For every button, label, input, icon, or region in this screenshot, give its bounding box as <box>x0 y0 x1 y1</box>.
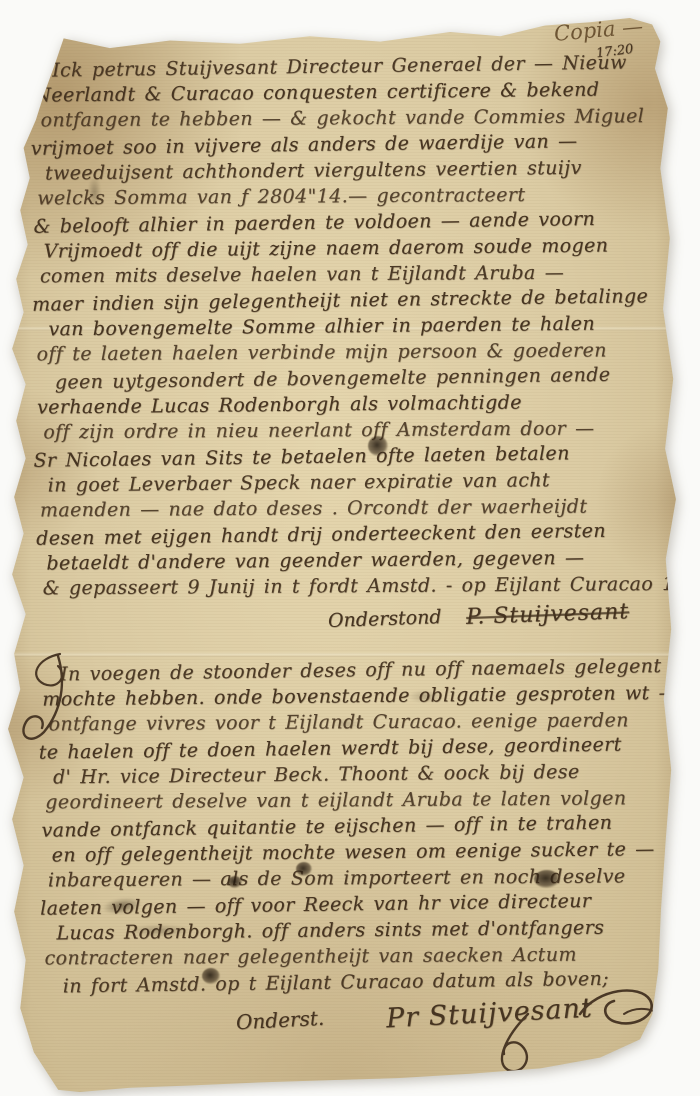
manuscript-line-1-21: & gepasseert 9 Junij in t fordt Amstd. -… <box>43 571 700 602</box>
manuscript-page: Copia — 17:20 Ick petrus Stuijvesant Dir… <box>4 18 682 1092</box>
signature-underloop <box>488 1010 578 1080</box>
ink-blotch <box>534 870 560 888</box>
document-scan: Copia — 17:20 Ick petrus Stuijvesant Dir… <box>0 0 700 1096</box>
closing-label-1: Onderstond <box>328 606 442 632</box>
ink-smudge <box>128 924 192 937</box>
ink-blotch <box>202 968 220 984</box>
ink-smudge <box>334 718 360 730</box>
ink-smudge <box>88 176 101 208</box>
ink-blotch <box>228 876 242 888</box>
closing-label-2: Onderst. <box>235 1006 324 1035</box>
paragraph-certificate: Ick petrus Stuijvesant Directeur Generae… <box>30 50 700 602</box>
ink-blotch <box>296 862 312 876</box>
ink-smudge <box>408 690 442 703</box>
signature-flourish <box>578 984 678 1046</box>
signature-1: P. Stuijvesant <box>466 599 630 630</box>
ink-blotch <box>368 436 388 456</box>
paragraph-order: In voegen de stoonder deses off nu off n… <box>38 654 681 998</box>
